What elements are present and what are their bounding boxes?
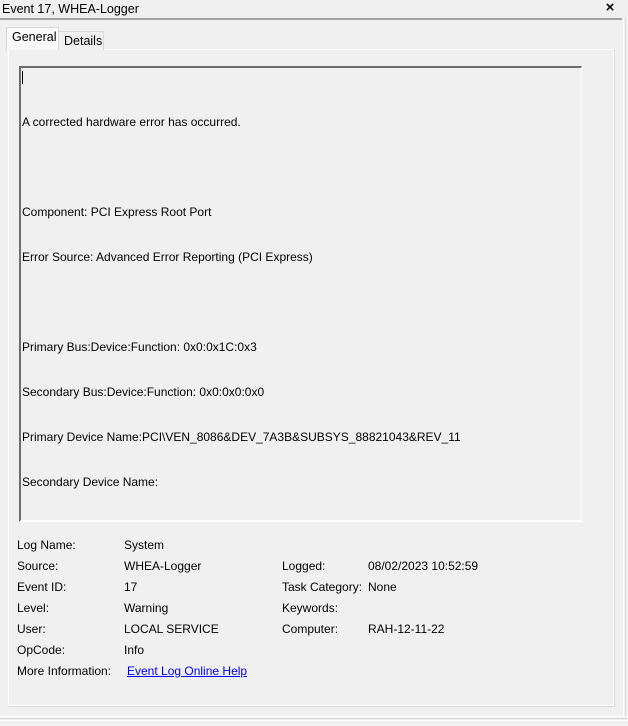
opcode-value: Info xyxy=(124,642,144,658)
bottom-divider-highlight xyxy=(0,720,628,721)
level-value: Warning xyxy=(124,600,168,616)
description-line xyxy=(22,295,581,310)
description-line xyxy=(22,160,581,175)
event-description-textbox[interactable]: A corrected hardware error has occurred.… xyxy=(19,66,582,522)
tab-general[interactable]: General xyxy=(6,27,59,50)
event-id-value: 17 xyxy=(124,579,137,595)
window-right-edge xyxy=(623,18,624,718)
computer-value: RAH-12-11-22 xyxy=(368,621,444,637)
window-title: Event 17, WHEA-Logger xyxy=(2,1,139,17)
computer-label: Computer: xyxy=(282,621,338,637)
close-icon[interactable]: × xyxy=(603,0,617,16)
user-value: LOCAL SERVICE xyxy=(124,621,219,637)
more-information-label: More Information: xyxy=(17,663,111,679)
description-line: Primary Bus:Device:Function: 0x0:0x1C:0x… xyxy=(22,340,581,355)
log-name-label: Log Name: xyxy=(17,537,76,553)
logged-label: Logged: xyxy=(282,558,325,574)
logged-value: 08/02/2023 10:52:59 xyxy=(368,558,478,574)
task-category-label: Task Category: xyxy=(282,579,362,595)
keywords-label: Keywords: xyxy=(282,600,338,616)
window-right-edge-shadow xyxy=(625,18,626,718)
text-caret xyxy=(22,71,23,84)
tab-details[interactable]: Details xyxy=(58,31,104,50)
source-value: WHEA-Logger xyxy=(124,558,201,574)
title-divider xyxy=(0,18,622,20)
bottom-divider xyxy=(0,716,628,717)
description-line: A corrected hardware error has occurred. xyxy=(22,115,581,130)
description-line: Secondary Device Name: xyxy=(22,475,581,490)
opcode-label: OpCode: xyxy=(17,642,65,658)
log-name-value: System xyxy=(124,537,164,553)
task-category-value: None xyxy=(368,579,397,595)
description-line: Primary Device Name:PCI\VEN_8086&DEV_7A3… xyxy=(22,430,581,445)
user-label: User: xyxy=(17,621,46,637)
bottom-divider-shadow xyxy=(0,718,628,719)
event-id-label: Event ID: xyxy=(17,579,66,595)
description-line: Component: PCI Express Root Port xyxy=(22,205,581,220)
event-log-online-help-link[interactable]: Event Log Online Help xyxy=(127,663,247,679)
description-line: Error Source: Advanced Error Reporting (… xyxy=(22,250,581,265)
level-label: Level: xyxy=(17,600,49,616)
source-label: Source: xyxy=(17,558,58,574)
description-line: Secondary Bus:Device:Function: 0x0:0x0:0… xyxy=(22,385,581,400)
